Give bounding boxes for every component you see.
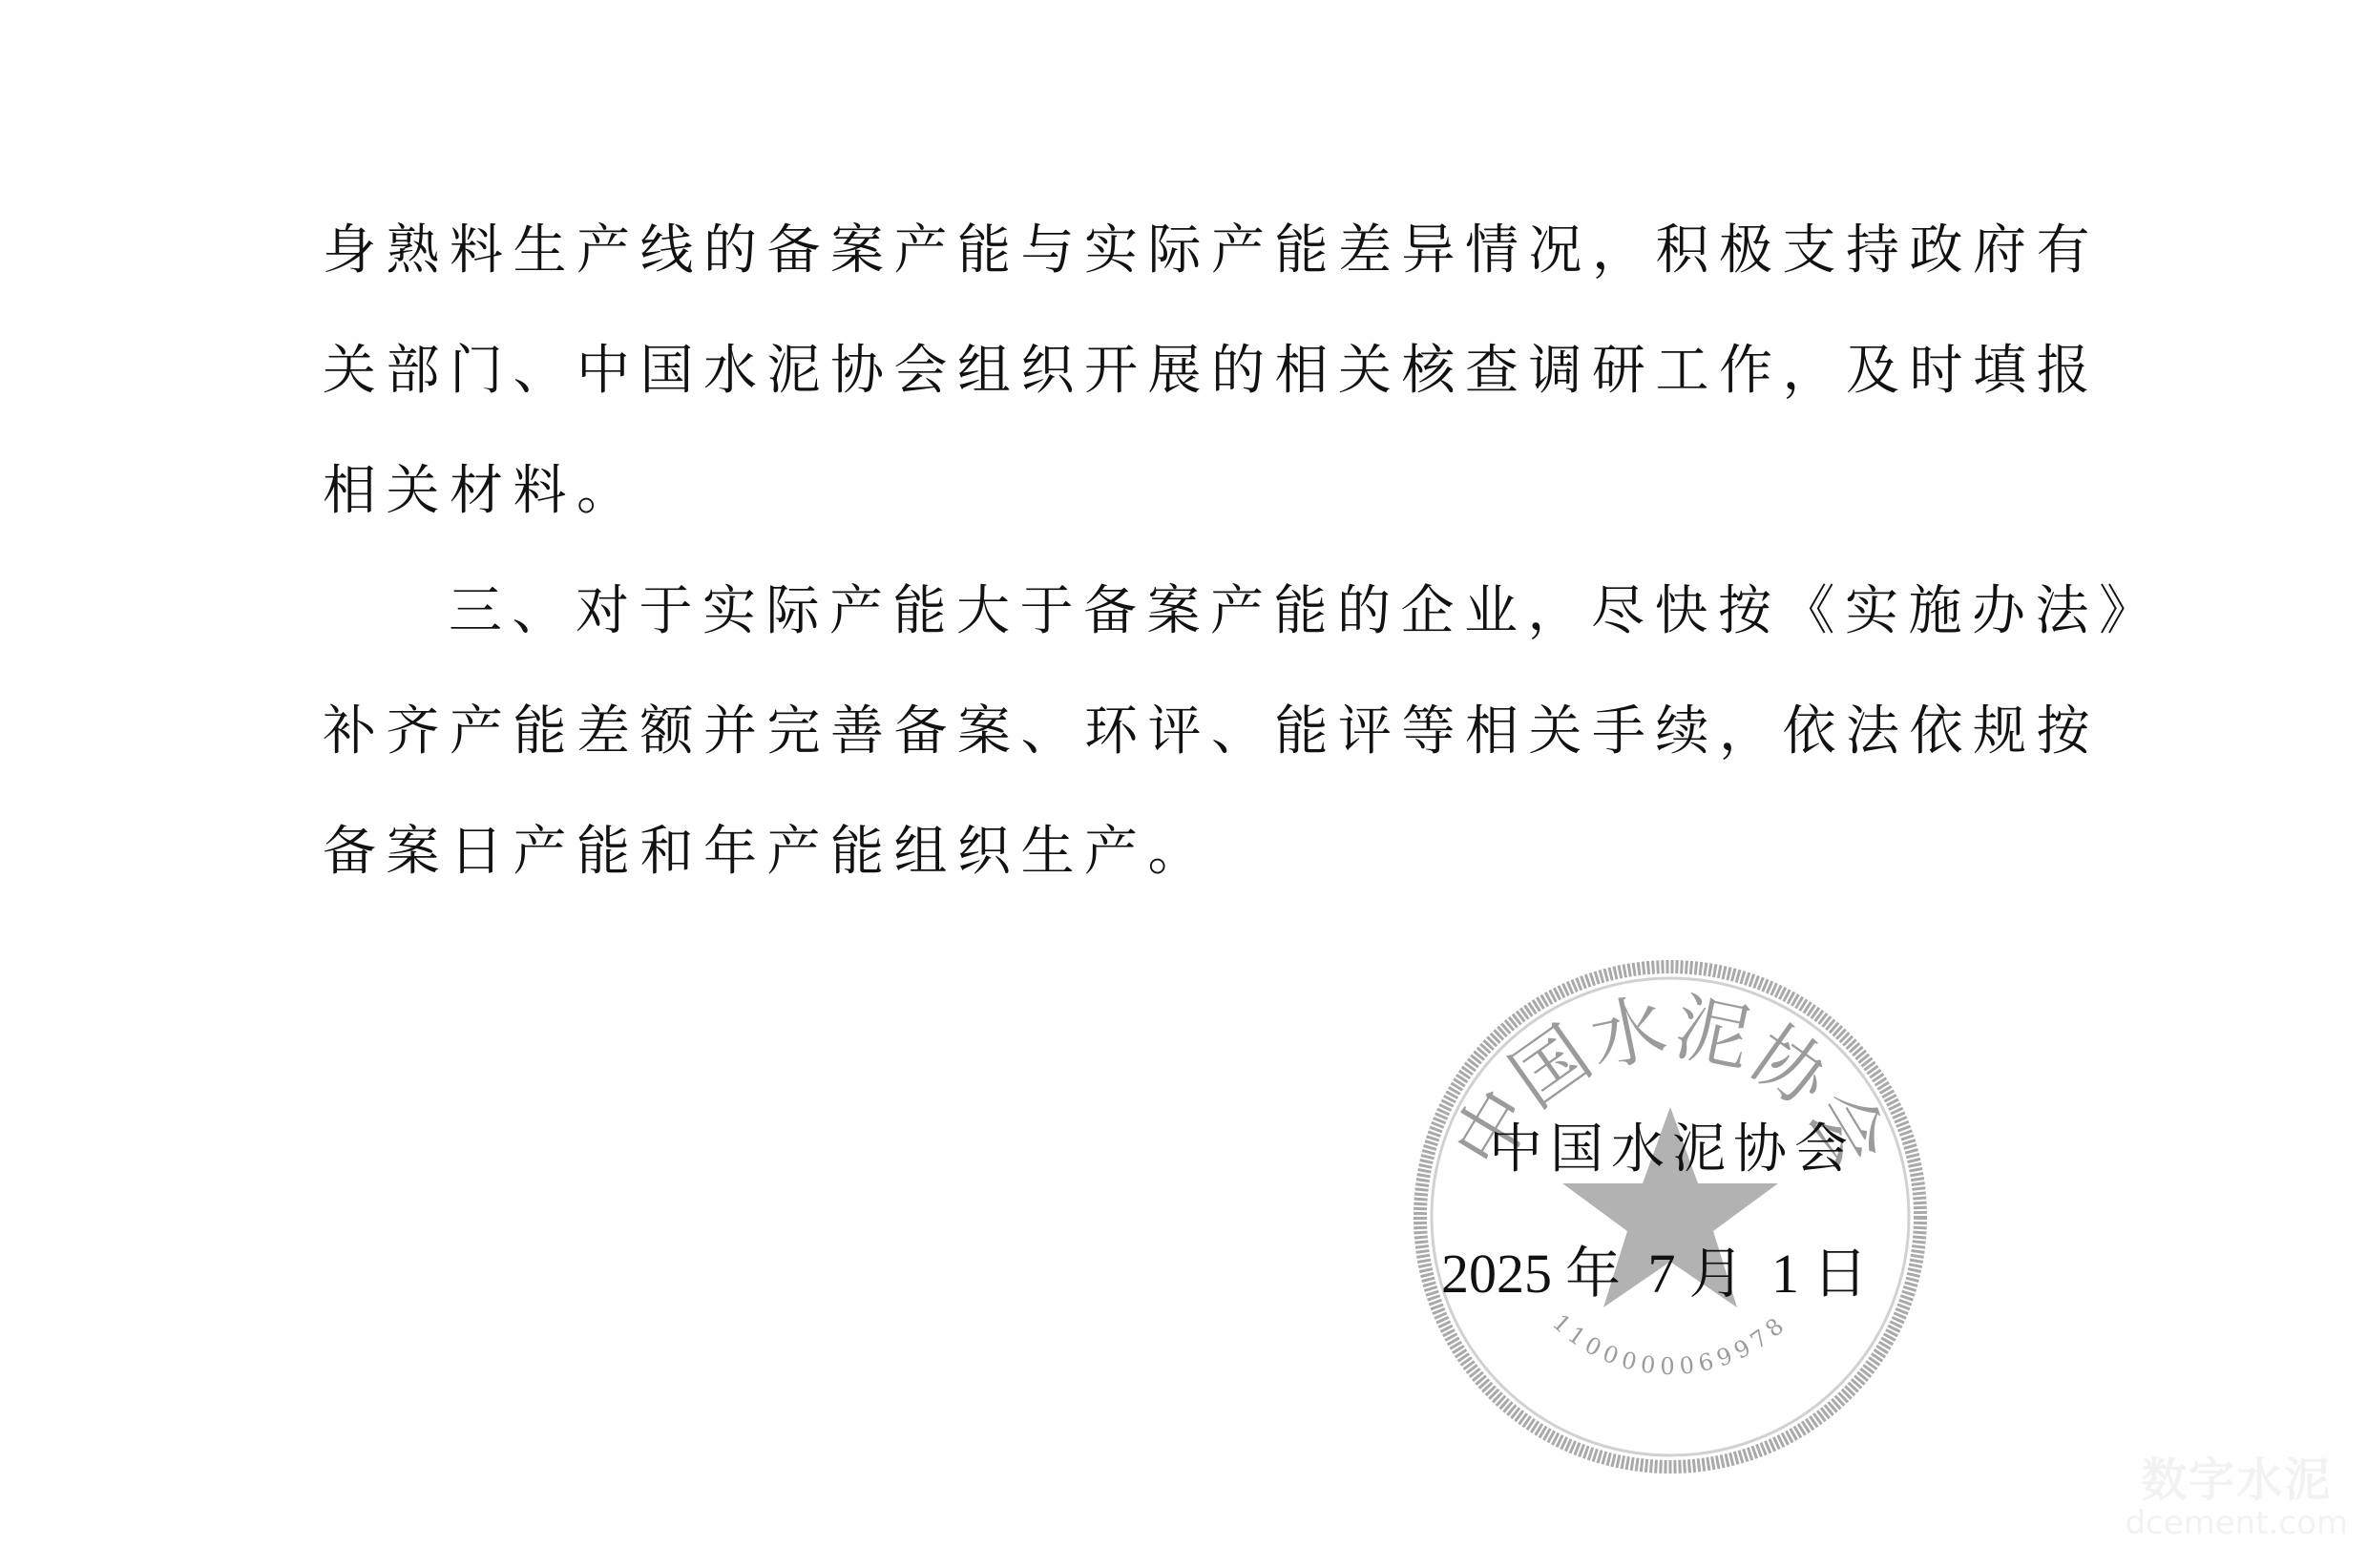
date-day: 1: [1771, 1243, 1799, 1305]
issue-date: 2025年 7月 1日: [1441, 1241, 1881, 1307]
paragraph-item-three: 三、对于实际产能大于备案产能的企业，尽快按《实施办法》 补齐产能差额并完善备案、…: [323, 552, 2088, 912]
date-month: 7: [1648, 1243, 1676, 1305]
paragraph-continuation: 身熟料生产线的备案产能与实际产能差异情况，积极支持政府有 关部门、中国水泥协会组…: [323, 191, 2088, 552]
document-body: 身熟料生产线的备案产能与实际产能差异情况，积极支持政府有 关部门、中国水泥协会组…: [323, 191, 2088, 912]
document-page: 身熟料生产线的备案产能与实际产能差异情况，积极支持政府有 关部门、中国水泥协会组…: [0, 0, 2367, 1568]
issuing-organization: 中国水泥协会: [1489, 1117, 1855, 1183]
official-seal: 中国水泥协会 1100000069978: [1403, 950, 1938, 1484]
text-line: 相关材料。: [323, 431, 2088, 552]
text-line: 身熟料生产线的备案产能与实际产能差异情况，积极支持政府有: [323, 191, 2088, 311]
text-line: 关部门、中国水泥协会组织开展的相关核查调研工作，及时填报: [323, 311, 2088, 431]
date-day-unit: 日: [1812, 1243, 1868, 1305]
watermark: 数字水泥 dcement.com: [2125, 1455, 2348, 1541]
seal-graphic: 中国水泥协会 1100000069978: [1403, 950, 1938, 1484]
date-year-unit: 年: [1565, 1243, 1621, 1305]
watermark-chinese: 数字水泥: [2125, 1455, 2348, 1505]
date-year: 2025: [1441, 1243, 1552, 1305]
text-line: 补齐产能差额并完善备案、环评、能评等相关手续，依法依规按: [323, 672, 2088, 792]
date-month-unit: 月: [1689, 1243, 1745, 1305]
text-line: 备案日产能和年产能组织生产。: [323, 792, 2088, 912]
watermark-domain: dcement.com: [2125, 1505, 2348, 1541]
seal-registration-number: 1100000069978: [1547, 1309, 1792, 1380]
text-line: 三、对于实际产能大于备案产能的企业，尽快按《实施办法》: [323, 552, 2088, 672]
